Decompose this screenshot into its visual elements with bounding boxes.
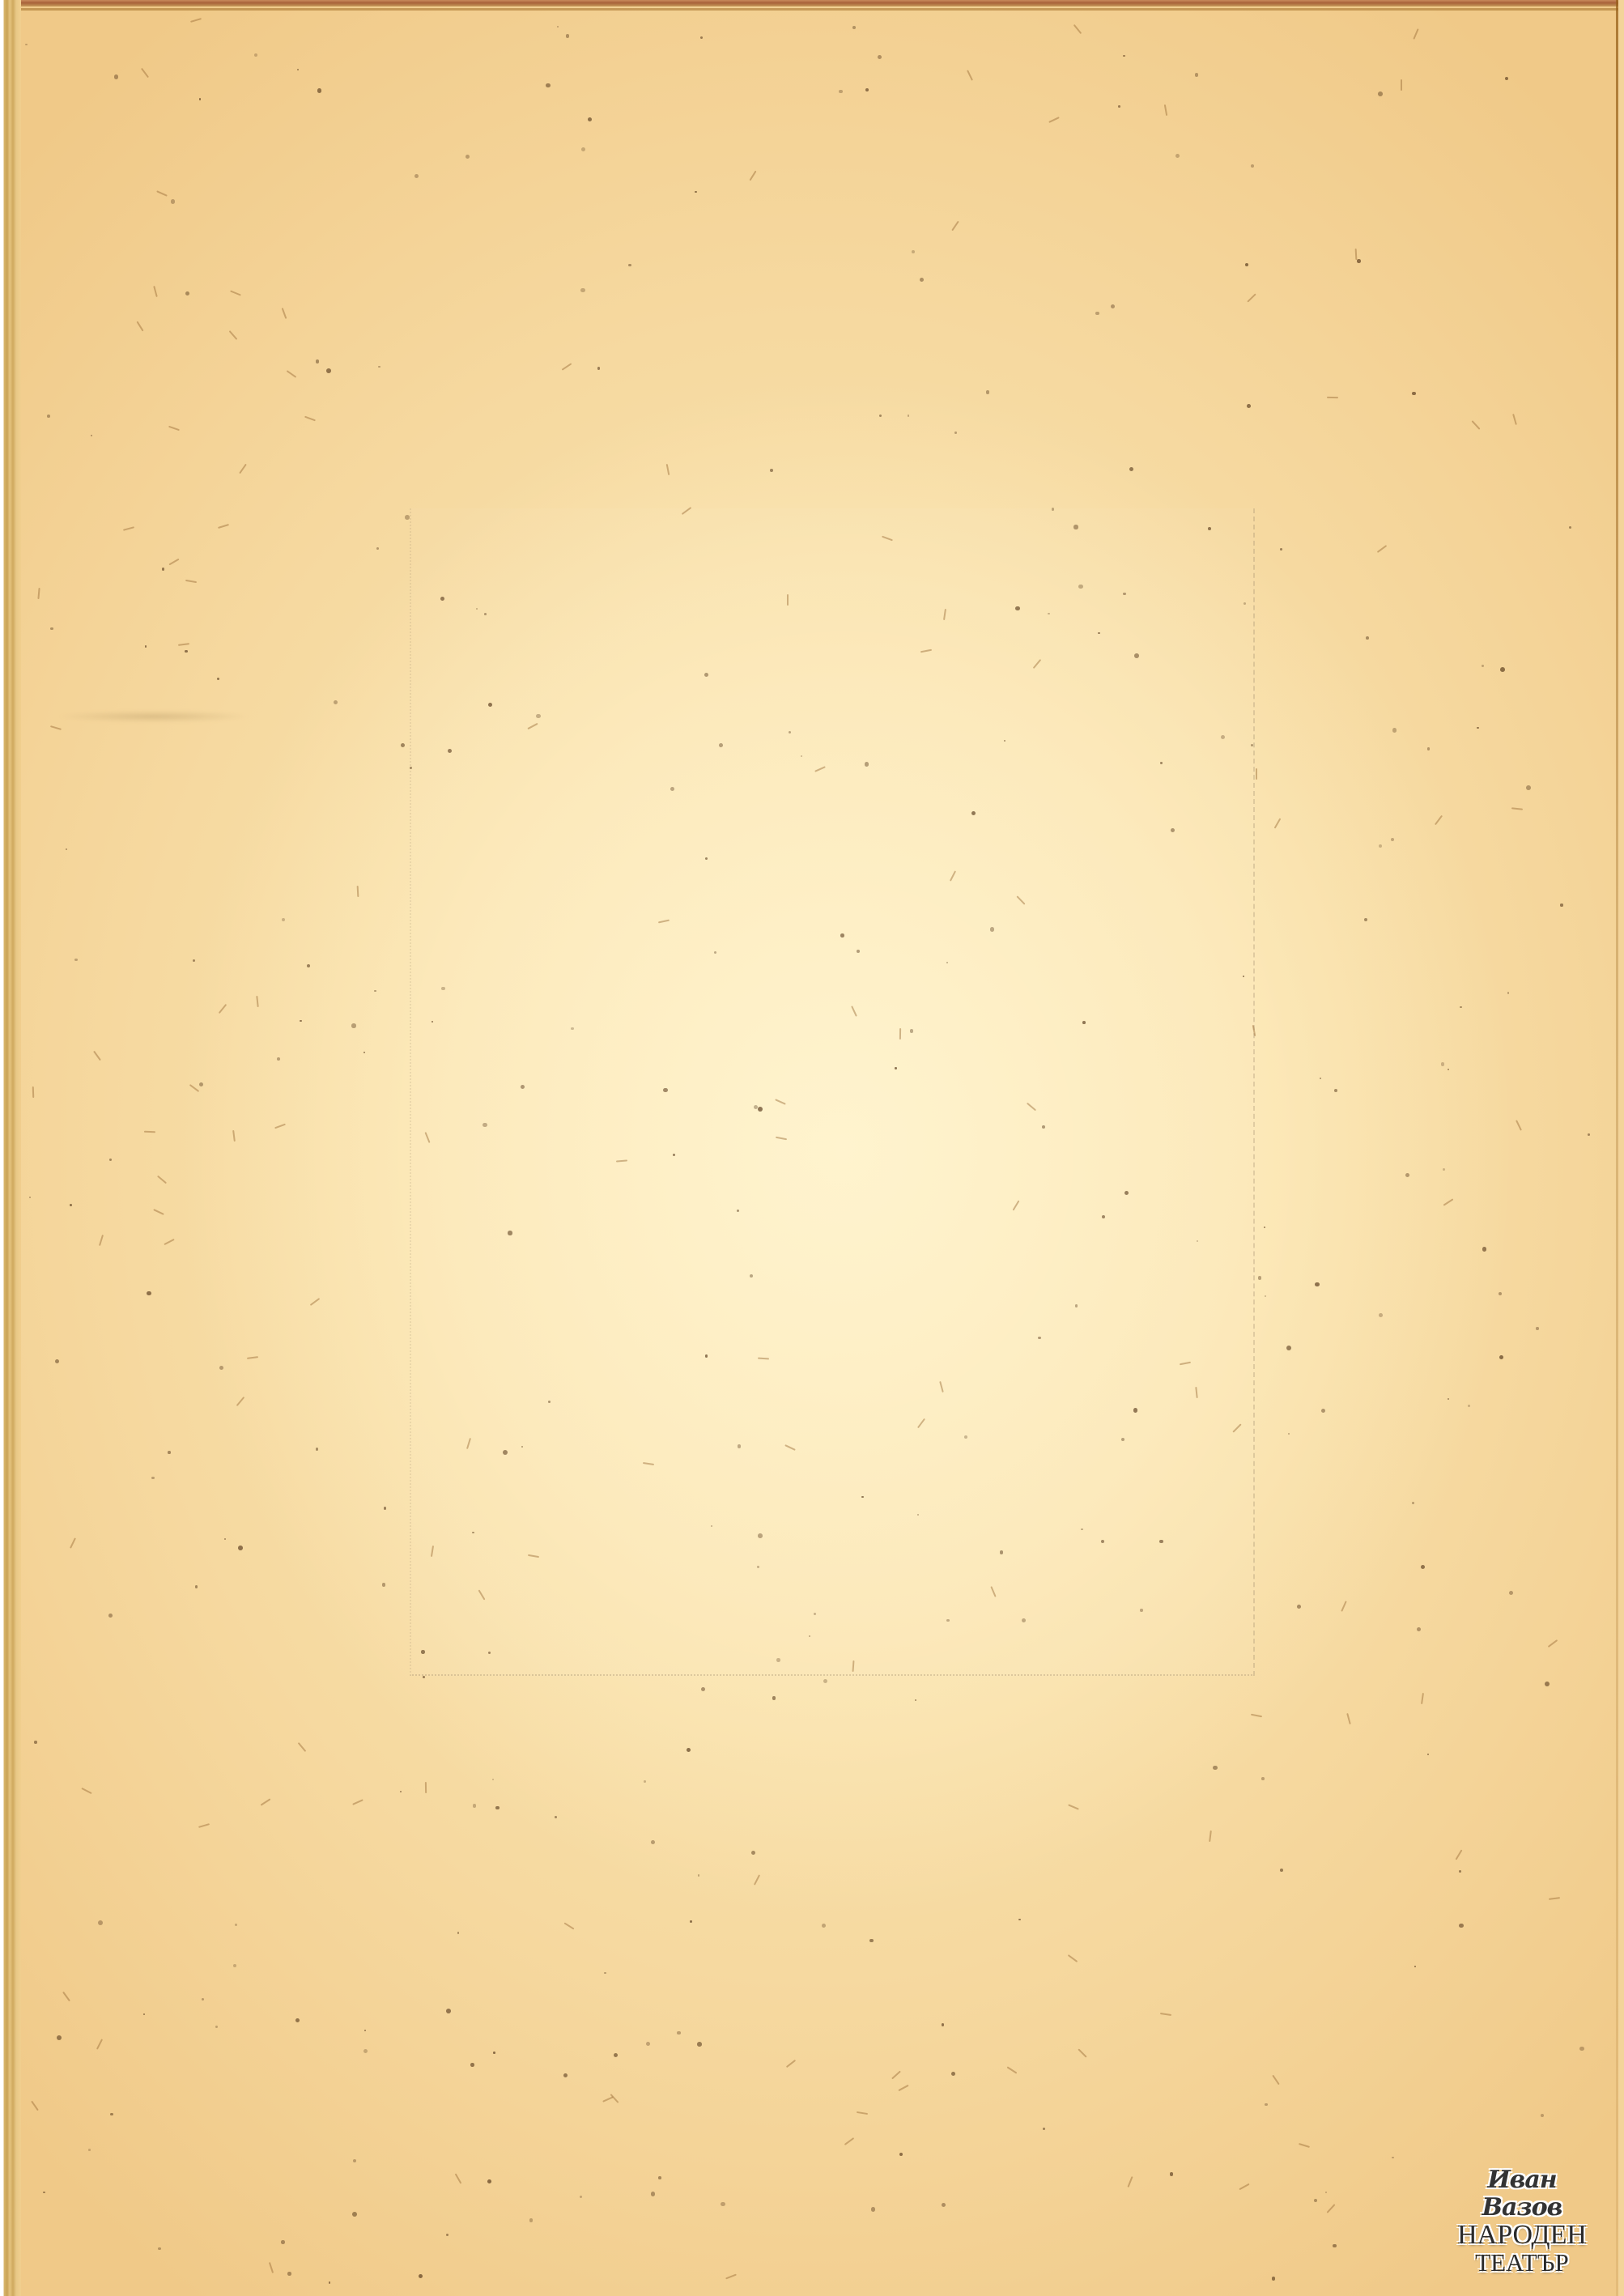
paper-speck <box>1536 1327 1538 1329</box>
paper-speck <box>329 2281 331 2284</box>
paper-speck <box>1170 2172 1173 2175</box>
paper-speck <box>571 1027 573 1030</box>
paper-speck <box>1288 1433 1290 1435</box>
paper-speck <box>1333 2244 1337 2248</box>
paper-speck <box>758 1533 763 1538</box>
paper-fiber <box>178 643 189 646</box>
national-theatre-logo: Иван Вазов НАРОДЕН ТЕАТЪР <box>1449 2166 1595 2272</box>
paper-fiber <box>1299 2143 1310 2148</box>
paper-fiber <box>891 2070 901 2079</box>
paper-speck <box>1579 2047 1584 2051</box>
paper-speck <box>751 1851 755 1855</box>
paper-fiber <box>189 1084 199 1092</box>
paper-speck <box>1448 1398 1449 1400</box>
paper-speck <box>1448 1069 1449 1070</box>
scanned-page: Иван Вазов НАРОДЕН ТЕАТЪР <box>0 0 1624 2296</box>
paper-speck <box>378 366 380 368</box>
paper-speck <box>363 2049 368 2053</box>
paper-speck <box>1405 1173 1409 1177</box>
paper-speck <box>1315 1282 1320 1287</box>
plate-impression-mark <box>410 508 1255 1676</box>
paper-speck <box>1468 1405 1471 1408</box>
paper-fiber <box>304 416 316 422</box>
paper-fiber <box>1435 814 1443 824</box>
paper-fiber <box>157 190 168 197</box>
paper-speck <box>47 415 50 418</box>
paper-speck <box>1441 1062 1444 1065</box>
paper-speck <box>563 2073 568 2077</box>
paper-speck <box>915 1699 916 1701</box>
paper-speck <box>297 69 299 70</box>
paper-speck <box>91 435 92 436</box>
paper-speck <box>1499 1355 1503 1359</box>
paper-fiber <box>1341 1601 1347 1612</box>
paper-speck <box>473 1804 477 1808</box>
paper-speck <box>1134 653 1139 658</box>
paper-speck <box>1101 1540 1104 1543</box>
paper-speck <box>548 1401 551 1403</box>
paper-speck <box>1123 593 1126 596</box>
paper-fiber <box>261 1798 271 1805</box>
paper-speck <box>700 36 703 39</box>
paper-speck <box>199 1082 203 1086</box>
paper-speck <box>597 367 601 370</box>
paper-fiber <box>666 464 670 475</box>
paper-speck <box>899 2153 903 2156</box>
paper-speck <box>701 1687 705 1691</box>
paper-speck <box>224 1538 226 1540</box>
paper-fiber <box>1421 1693 1424 1704</box>
paper-speck <box>869 1939 873 1942</box>
paper-fiber <box>287 370 297 378</box>
paper-speck <box>789 731 791 733</box>
paper-speck <box>1123 55 1125 57</box>
paper-fiber <box>282 308 287 319</box>
paper-fiber <box>218 1004 226 1014</box>
paper-speck <box>1264 1227 1265 1228</box>
paper-speck <box>405 515 410 520</box>
paper-speck <box>295 2018 300 2022</box>
paper-speck <box>1265 2103 1267 2106</box>
paper-fiber <box>1443 1198 1454 1205</box>
paper-speck <box>1460 1006 1461 1008</box>
paper-speck <box>410 767 411 768</box>
paper-speck <box>1243 976 1244 977</box>
paper-speck <box>55 1359 59 1363</box>
paper-fiber <box>1078 2048 1086 2057</box>
paper-speck <box>951 2072 955 2076</box>
paper-speck <box>307 964 310 967</box>
paper-speck <box>555 1816 557 1818</box>
paper-fiber <box>99 1235 104 1246</box>
paper-speck <box>1160 762 1162 763</box>
paper-fiber <box>137 321 144 331</box>
paper-fiber <box>357 886 359 897</box>
page-right-margin <box>1618 0 1624 2296</box>
paper-speck <box>488 1652 491 1654</box>
paper-speck <box>363 1052 365 1053</box>
paper-speck <box>698 1874 700 1877</box>
paper-speck <box>57 2035 62 2040</box>
paper-fiber <box>1512 414 1517 425</box>
paper-fiber <box>256 996 258 1007</box>
paper-speck <box>1482 1247 1487 1252</box>
paper-speck <box>614 2053 618 2057</box>
paper-speck <box>1560 904 1562 906</box>
paper-speck <box>145 645 147 647</box>
paper-speck <box>423 1676 425 1678</box>
paper-fiber <box>229 330 238 340</box>
paper-fiber <box>70 1537 76 1548</box>
paper-smudge <box>57 711 251 722</box>
paper-fiber <box>32 1086 34 1098</box>
paper-speck <box>644 1780 646 1783</box>
paper-speck <box>687 1748 691 1752</box>
paper-fiber <box>82 1788 92 1794</box>
paper-speck <box>1261 1777 1265 1780</box>
paper-speck <box>219 1366 223 1370</box>
paper-fiber <box>1516 1120 1522 1131</box>
paper-fiber <box>309 1298 320 1306</box>
paper-fiber <box>844 2137 855 2145</box>
paper-speck <box>466 155 470 159</box>
paper-speck <box>151 1477 155 1480</box>
paper-fiber <box>786 2060 796 2068</box>
paper-speck <box>954 432 956 433</box>
paper-fiber <box>1414 28 1419 40</box>
paper-speck <box>74 959 78 962</box>
paper-speck <box>705 857 708 860</box>
paper-speck <box>1391 838 1394 841</box>
paper-fiber <box>190 18 202 23</box>
paper-speck <box>758 1107 763 1112</box>
paper-speck <box>484 613 487 615</box>
paper-speck <box>1075 1304 1078 1307</box>
paper-speck <box>1334 1089 1337 1092</box>
paper-speck <box>1197 1240 1198 1242</box>
paper-fiber <box>153 286 158 297</box>
paper-speck <box>495 1806 500 1810</box>
paper-fiber <box>96 2039 103 2049</box>
paper-speck <box>1251 164 1255 168</box>
paper-fiber <box>353 1799 364 1805</box>
paper-speck <box>185 650 188 653</box>
paper-speck <box>419 2274 423 2278</box>
paper-speck <box>546 83 550 87</box>
paper-fiber <box>1068 1954 1078 1962</box>
paper-speck <box>1052 508 1055 511</box>
paper-fiber <box>1456 1850 1463 1860</box>
paper-speck <box>1102 1215 1105 1218</box>
paper-speck <box>487 2179 491 2183</box>
paper-speck <box>326 368 331 373</box>
paper-speck <box>1499 1292 1503 1296</box>
paper-speck <box>1247 404 1251 408</box>
paper-fiber <box>1073 24 1082 34</box>
paper-speck <box>1507 992 1509 993</box>
paper-speck <box>986 390 989 393</box>
paper-speck <box>476 608 478 610</box>
paper-speck <box>193 959 195 962</box>
paper-speck <box>43 2192 45 2193</box>
paper-fiber <box>230 290 241 296</box>
paper-speck <box>920 278 924 282</box>
paper-fiber <box>218 524 229 529</box>
paper-speck <box>946 962 948 963</box>
paper-speck <box>472 1532 474 1533</box>
paper-speck <box>158 2247 161 2251</box>
paper-speck <box>857 950 860 953</box>
paper-speck <box>651 1840 655 1844</box>
paper-fiber <box>425 1782 427 1793</box>
paper-fiber <box>1256 768 1257 780</box>
paper-speck <box>1321 1409 1325 1413</box>
paper-speck <box>1320 1078 1321 1079</box>
paper-fiber <box>1127 2176 1133 2188</box>
paper-speck <box>1280 548 1282 551</box>
paper-fiber <box>274 1124 286 1129</box>
paper-speck <box>823 1679 827 1683</box>
paper-speck <box>108 1614 113 1618</box>
paper-speck <box>1545 1682 1550 1686</box>
paper-speck <box>942 2023 945 2026</box>
paper-speck <box>1414 1966 1416 1967</box>
paper-fiber <box>1160 2013 1171 2016</box>
paper-speck <box>1140 1609 1142 1611</box>
page-top-rule <box>0 8 1624 11</box>
paper-speck <box>1421 1565 1425 1569</box>
paper-fiber <box>1471 421 1480 431</box>
paper-speck <box>852 26 856 29</box>
paper-fiber <box>754 1874 760 1885</box>
paper-speck <box>199 98 202 100</box>
paper-fiber <box>1548 1639 1558 1648</box>
paper-fiber <box>1273 818 1281 829</box>
paper-fiber <box>1401 79 1402 91</box>
paper-speck <box>235 1924 237 1926</box>
paper-speck <box>1042 1125 1045 1129</box>
paper-speck <box>1459 1924 1464 1928</box>
paper-speck <box>1015 606 1020 611</box>
paper-speck <box>1265 1295 1267 1298</box>
paper-fiber <box>141 68 149 78</box>
paper-fiber <box>62 1991 70 2001</box>
paper-speck <box>1526 785 1531 790</box>
paper-fiber <box>1326 2204 1335 2213</box>
paper-speck <box>147 1291 151 1296</box>
paper-speck <box>215 2026 219 2029</box>
paper-speck <box>1159 1540 1163 1544</box>
paper-fiber <box>50 725 62 730</box>
paper-speck <box>1082 1021 1086 1024</box>
paper-speck <box>282 918 286 922</box>
paper-speck <box>942 2203 946 2207</box>
paper-fiber <box>749 171 756 181</box>
paper-speck <box>233 1964 236 1967</box>
paper-speck <box>772 1696 776 1700</box>
paper-speck <box>1095 312 1099 315</box>
paper-fiber <box>153 1210 164 1216</box>
paper-speck <box>1018 1919 1021 1921</box>
paper-speck <box>580 2196 582 2198</box>
paper-speck <box>446 2009 451 2013</box>
paper-speck <box>1118 105 1120 108</box>
paper-fiber <box>1273 2075 1280 2086</box>
paper-speck <box>185 291 189 296</box>
paper-speck <box>690 1920 691 1922</box>
paper-fiber <box>1247 293 1256 302</box>
paper-speck <box>566 34 569 37</box>
paper-speck <box>1043 2128 1045 2130</box>
paper-fiber <box>144 1131 155 1133</box>
paper-fiber <box>1549 1897 1560 1900</box>
paper-speck <box>25 44 27 45</box>
paper-speck <box>415 174 419 178</box>
paper-speck <box>895 1067 896 1069</box>
paper-speck <box>1325 2192 1327 2193</box>
paper-speck <box>581 147 586 152</box>
paper-speck <box>353 2159 356 2162</box>
paper-speck <box>822 1924 826 1928</box>
paper-speck <box>840 933 844 938</box>
paper-speck <box>114 74 118 79</box>
paper-speck <box>580 288 585 292</box>
paper-speck <box>1392 728 1397 732</box>
paper-speck <box>254 53 258 57</box>
logo-line-2: ТЕАТЪР <box>1449 2249 1595 2277</box>
paper-speck <box>217 678 219 680</box>
paper-speck <box>384 1507 387 1510</box>
paper-speck <box>493 2052 495 2054</box>
paper-speck <box>34 1741 36 1743</box>
paper-speck <box>557 26 559 28</box>
paper-fiber <box>298 1742 307 1752</box>
paper-speck <box>109 1159 112 1161</box>
paper-speck <box>1477 727 1478 729</box>
paper-fiber <box>1069 1804 1080 1809</box>
paper-speck <box>1244 602 1246 605</box>
paper-speck <box>1245 263 1248 266</box>
paper-speck <box>1133 1408 1138 1413</box>
paper-speck <box>50 627 53 630</box>
paper-fiber <box>240 463 248 474</box>
paper-speck <box>990 927 995 932</box>
paper-speck <box>871 2207 876 2212</box>
page-right-rule <box>1616 0 1618 2296</box>
paper-speck <box>1314 2199 1317 2202</box>
paper-speck <box>1073 525 1078 529</box>
paper-speck <box>1379 1313 1383 1317</box>
paper-speck <box>1195 73 1199 77</box>
paper-speck <box>839 90 842 93</box>
paper-fiber <box>1006 2066 1017 2073</box>
paper-fiber <box>1327 397 1338 398</box>
paper-speck <box>492 1779 495 1781</box>
paper-speck <box>88 2149 91 2151</box>
paper-speck <box>1272 2277 1275 2280</box>
paper-speck <box>1412 392 1415 395</box>
paper-speck <box>1427 1754 1429 1755</box>
paper-speck <box>382 1583 385 1586</box>
paper-speck <box>238 1546 243 1550</box>
paper-speck <box>334 700 338 704</box>
paper-speck <box>162 568 165 571</box>
paper-speck <box>1078 585 1082 589</box>
paper-fiber <box>1209 1830 1212 1842</box>
paper-speck <box>646 2042 650 2046</box>
paper-speck <box>202 1998 204 2000</box>
paper-speck <box>70 1204 72 1206</box>
paper-speck <box>1588 1133 1590 1136</box>
paper-speck <box>1443 1168 1445 1171</box>
page-left-edge <box>0 0 21 2296</box>
paper-speck <box>719 743 723 747</box>
paper-speck <box>374 990 376 993</box>
paper-fiber <box>157 1176 167 1184</box>
paper-speck <box>508 1231 512 1235</box>
paper-fiber <box>1346 1713 1351 1724</box>
paper-speck <box>316 1448 319 1451</box>
logo-line-1: НАРОДЕН <box>1449 2222 1595 2249</box>
paper-speck <box>401 743 405 747</box>
paper-speck <box>66 848 67 850</box>
paper-speck <box>1417 1627 1421 1631</box>
paper-speck <box>1048 613 1050 615</box>
paper-speck <box>1286 1346 1291 1350</box>
paper-speck <box>1482 665 1484 667</box>
paper-fiber <box>563 1922 574 1929</box>
paper-fiber <box>31 2101 39 2111</box>
paper-speck <box>470 2063 474 2067</box>
paper-speck <box>878 55 882 59</box>
paper-speck <box>281 2240 285 2244</box>
paper-fiber <box>899 1028 901 1040</box>
paper-speck <box>1427 747 1431 750</box>
paper-fiber <box>857 2111 868 2115</box>
paper-speck <box>300 1020 302 1023</box>
paper-speck <box>1379 844 1382 848</box>
paper-speck <box>351 1023 356 1028</box>
paper-fiber <box>236 1397 245 1406</box>
paper-fiber <box>198 1823 210 1828</box>
paper-fiber <box>168 559 179 566</box>
paper-speck <box>721 2202 725 2206</box>
paper-fiber <box>787 594 789 606</box>
paper-speck <box>770 469 773 472</box>
paper-speck <box>457 1932 459 1933</box>
paper-speck <box>879 415 882 417</box>
paper-speck <box>1175 154 1180 158</box>
paper-speck <box>316 359 320 364</box>
paper-fiber <box>561 363 572 370</box>
paper-speck <box>168 1451 171 1454</box>
paper-speck <box>1129 467 1133 471</box>
paper-fiber <box>164 1239 175 1245</box>
paper-speck <box>1280 1869 1283 1872</box>
paper-fiber <box>899 2085 909 2091</box>
paper-fiber <box>1251 1713 1262 1717</box>
paper-fiber <box>246 1357 257 1360</box>
paper-speck <box>110 2113 113 2116</box>
paper-speck <box>1081 1529 1082 1530</box>
paper-speck <box>663 1088 668 1093</box>
paper-speck <box>1000 1550 1004 1554</box>
paper-speck <box>1258 1276 1261 1279</box>
paper-speck <box>757 1566 759 1567</box>
paper-speck <box>1459 1870 1461 1873</box>
paper-speck <box>400 1791 402 1792</box>
paper-fiber <box>1239 2183 1249 2191</box>
